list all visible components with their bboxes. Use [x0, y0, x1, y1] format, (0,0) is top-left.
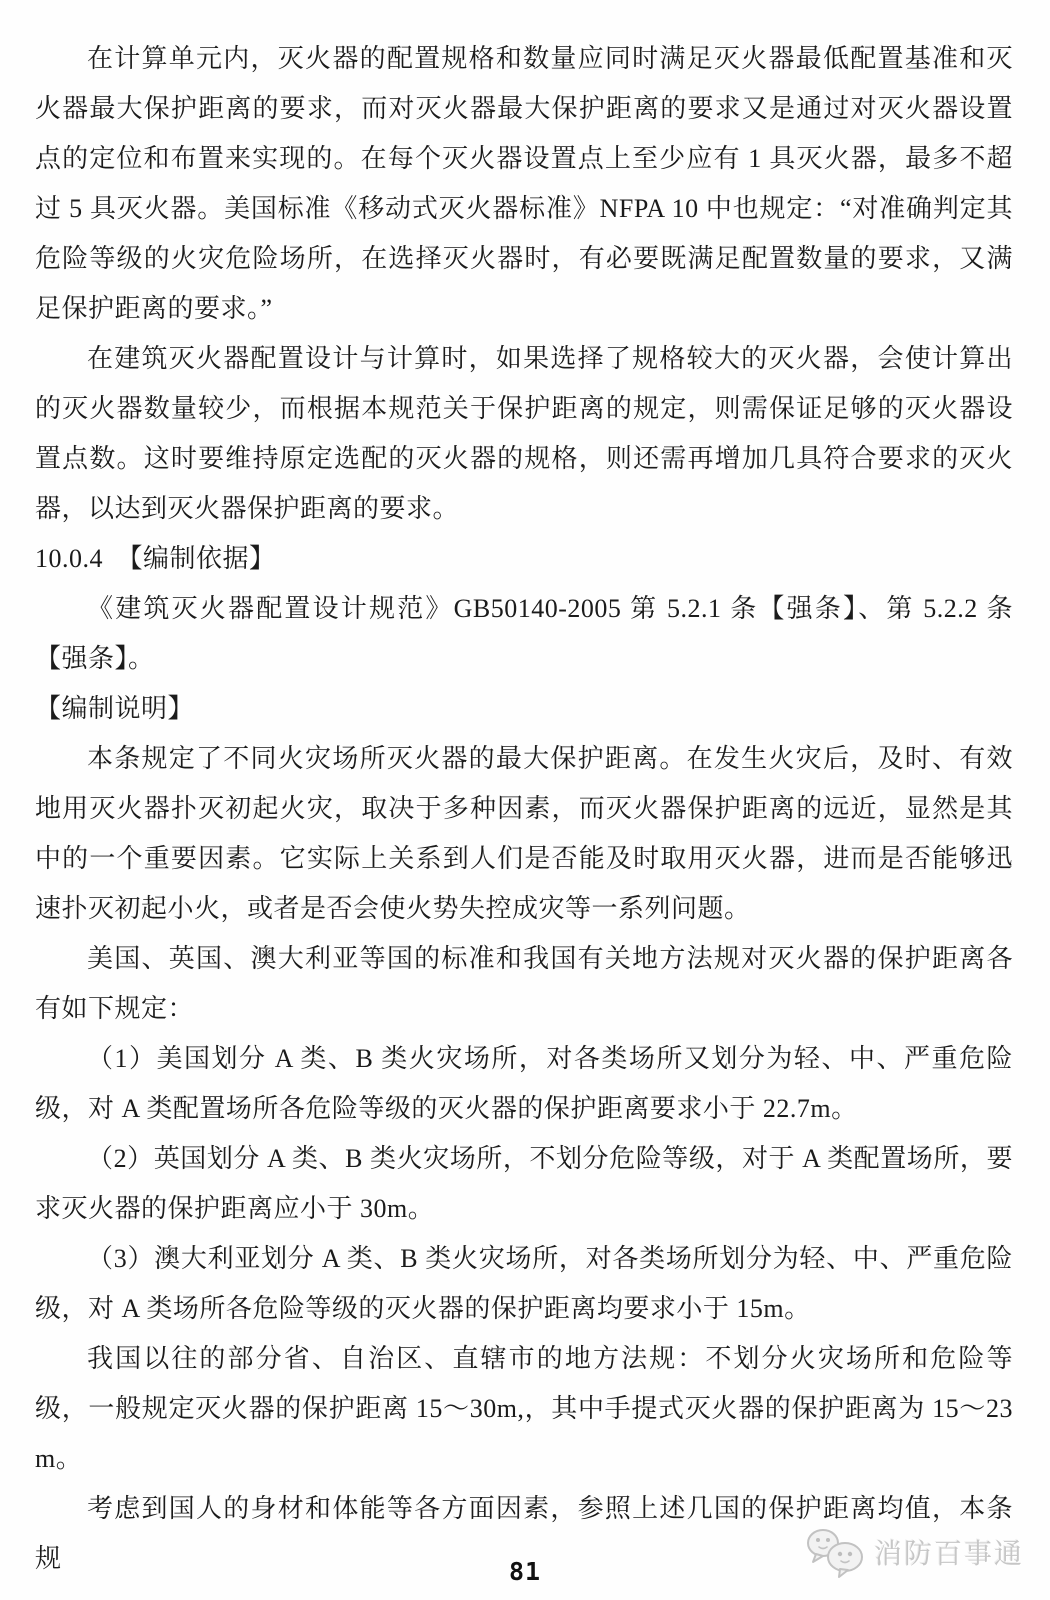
body-paragraph-5: 我国以往的部分省、自治区、直辖市的地方法规：不划分火灾场所和危险等级，一般规定灭… [35, 1334, 1013, 1484]
section-heading-10-0-4: 10.0.4 【编制依据】 [35, 534, 1013, 584]
document-text-block: 在计算单元内，灭火器的配置规格和数量应同时满足灭火器最低配置基准和灭火器最大保护… [35, 34, 1013, 1584]
body-paragraph-1: 在计算单元内，灭火器的配置规格和数量应同时满足灭火器最低配置基准和灭火器最大保护… [35, 34, 1013, 334]
body-paragraph-item-3: （3）澳大利亚划分 A 类、B 类火灾场所，对各类场所划分为轻、中、严重危险级，… [35, 1234, 1013, 1334]
body-paragraph-item-1: （1）美国划分 A 类、B 类火灾场所，对各类场所又划分为轻、中、严重危险级，对… [35, 1034, 1013, 1134]
page-number: 81 [0, 1557, 1050, 1586]
body-paragraph-4: 美国、英国、澳大利亚等国的标准和我国有关地方法规对灭火器的保护距离各有如下规定： [35, 934, 1013, 1034]
body-paragraph-item-2: （2）英国划分 A 类、B 类火灾场所，不划分危险等级，对于 A 类配置场所，要… [35, 1134, 1013, 1234]
body-paragraph-2: 在建筑灭火器配置设计与计算时，如果选择了规格较大的灭火器，会使计算出的灭火器数量… [35, 334, 1013, 534]
section-heading-explanation: 【编制说明】 [35, 684, 1013, 734]
document-page: 在计算单元内，灭火器的配置规格和数量应同时满足灭火器最低配置基准和灭火器最大保护… [0, 0, 1050, 1600]
body-paragraph-basis: 《建筑灭火器配置设计规范》GB50140-2005 第 5.2.1 条【强条】、… [35, 584, 1013, 684]
body-paragraph-3: 本条规定了不同火灾场所灭火器的最大保护距离。在发生火灾后，及时、有效地用灭火器扑… [35, 734, 1013, 934]
